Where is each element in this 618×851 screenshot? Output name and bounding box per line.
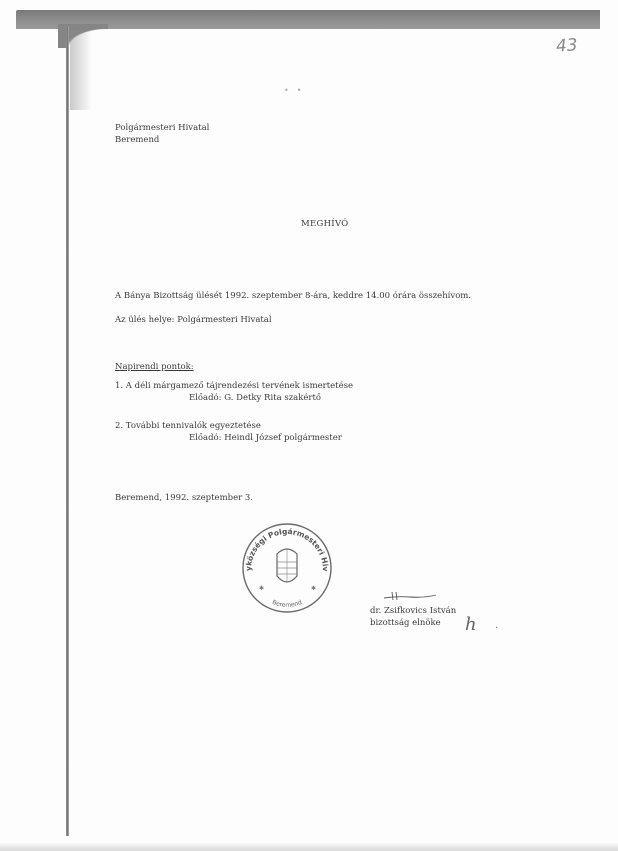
agenda-heading: Napirendi pontok: <box>115 361 194 373</box>
agenda-item-presenter: Előadó: G. Detky Rita szakértő <box>115 392 353 404</box>
agenda-item: 1. A déli márgamező tájrendezési tervéne… <box>115 380 353 404</box>
official-stamp-icon: Nagyközségi Polgármesteri Hivatal Bereme… <box>237 518 337 614</box>
sender-town: Beremend <box>115 134 209 146</box>
signer-name: dr. Zsifkovics István <box>370 605 456 617</box>
handwritten-initial: h <box>465 614 477 635</box>
agenda-item-presenter: Előadó: Heindl József polgármester <box>115 432 342 444</box>
svg-text:✱: ✱ <box>311 585 316 592</box>
sender-office: Polgármesteri Hivatal <box>115 122 209 134</box>
agenda-item-text: 2. További tennivalók egyeztetése <box>115 420 342 432</box>
invitation-sentence: A Bánya Bizottság ülését 1992. szeptembe… <box>115 290 471 302</box>
document-title: MEGHÍVÓ <box>301 218 349 230</box>
scan-binding-gradient <box>70 30 92 110</box>
svg-text:Nagyközségi Polgármesteri Hiva: Nagyközségi Polgármesteri Hivatal <box>237 518 330 572</box>
agenda-item: 2. További tennivalók egyeztetése Előadó… <box>115 420 342 444</box>
signer-block: dr. Zsifkovics István bizottság elnöke <box>370 605 456 629</box>
signer-role: bizottság elnöke <box>370 617 456 629</box>
signature-scribble-icon <box>382 591 438 601</box>
svg-text:✱: ✱ <box>259 585 264 592</box>
sender-block: Polgármesteri Hivatal Beremend <box>115 122 209 146</box>
handwritten-page-number: 43 <box>555 35 578 56</box>
svg-text:Beremend: Beremend <box>271 599 303 609</box>
handwritten-dot: . <box>495 620 498 631</box>
meeting-venue: Az ülés helye: Polgármesteri Hivatal <box>115 314 272 326</box>
agenda-item-text: 1. A déli márgamező tájrendezési tervéne… <box>115 380 353 392</box>
scan-page-spine <box>66 26 69 836</box>
scan-bottom-edge <box>0 842 618 851</box>
place-and-date: Beremend, 1992. szeptember 3. <box>115 492 253 504</box>
scan-artifact-dots: •• <box>284 86 309 95</box>
